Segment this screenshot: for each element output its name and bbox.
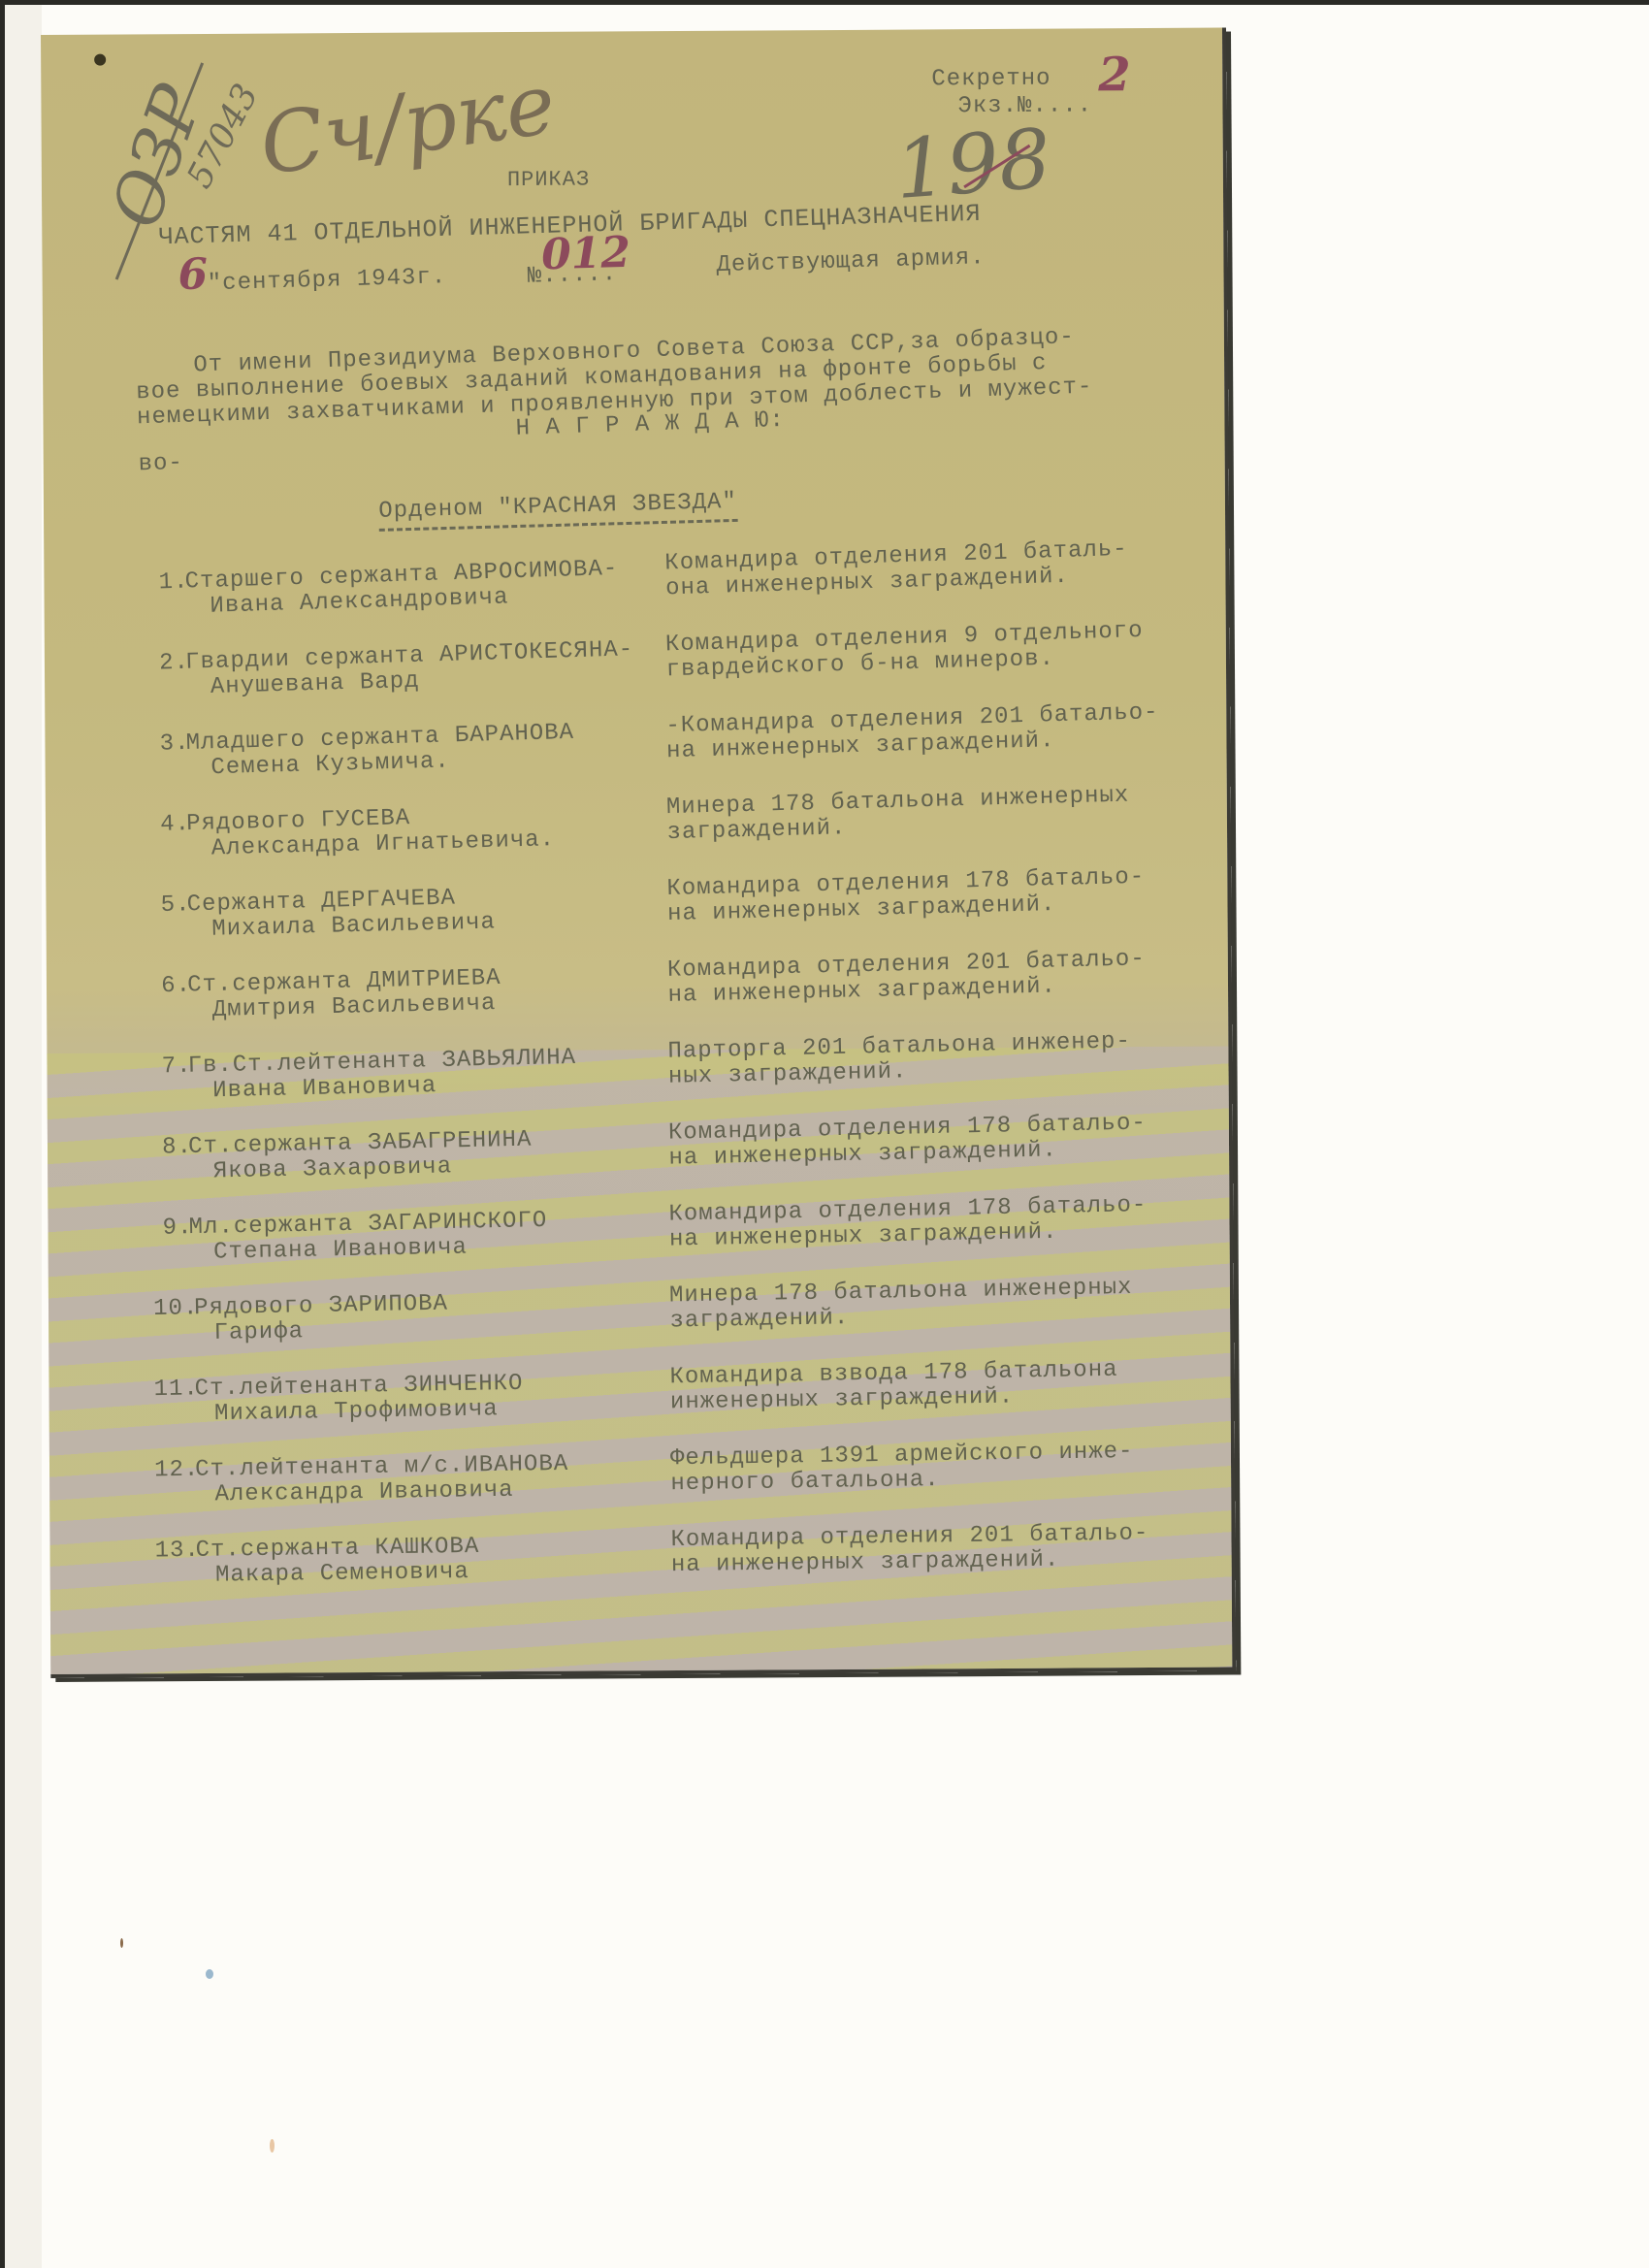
entry-number: 12.: [154, 1457, 200, 1484]
award-entry: 2.Гвардии сержанта АРИСТОКЕСЯНА-Анушеван…: [45, 620, 1208, 654]
award-entry: 12.Ст.лейтенанта м/с.ИВАНОВААлександра И…: [49, 1442, 1213, 1459]
entry-unit: инженерных заграждений.: [670, 1383, 1015, 1415]
award-list: 1.Старшего сержанта АВРОСИМОВА-Ивана Але…: [41, 28, 1222, 35]
award-entry: 6.Ст.сержанта ДМИТРИЕВАДмитрия Васильеви…: [47, 949, 1211, 976]
entry-given-names: Якова Захаровича: [212, 1153, 452, 1184]
entry-unit: заграждений.: [669, 1305, 849, 1334]
hole-punch: [94, 54, 106, 66]
award-entry: 11.Ст.лейтенанта ЗИНЧЕНКОМихаила Трофимо…: [48, 1359, 1212, 1378]
document-sheet: ОЗР 57043 Сч/рке 198 Секретно 2 Экз.№...…: [41, 28, 1236, 1678]
entry-position: Минера 178 батальона инженерных: [669, 1275, 1133, 1310]
award-entry: 4.Рядового ГУСЕВААлександра Игнатьевича.…: [46, 784, 1210, 815]
entry-number: 13.: [154, 1538, 200, 1565]
entry-given-names: Степана Ивановича: [213, 1235, 468, 1266]
location-text: Действующая армия.: [716, 244, 986, 278]
entry-unit: нерного батальона.: [670, 1467, 940, 1497]
award-entry: 10.Рядового ЗАРИПОВАГарифаМинера 178 бат…: [48, 1277, 1212, 1298]
scan-speck: [120, 1938, 123, 1948]
document-title: ПРИКАЗ: [507, 168, 590, 193]
entry-number: 11.: [153, 1376, 199, 1403]
award-entry: 8.Ст.сержанта ЗАБАГРЕНИНАЯкова Захарович…: [48, 1113, 1212, 1137]
entry-given-names: Макара Семеновича: [215, 1559, 469, 1589]
entry-given-names: Гарифа: [213, 1318, 304, 1346]
order-heading: Орденом "КРАСНАЯ ЗВЕЗДА": [378, 489, 737, 532]
entry-given-names: Александра Ивановича: [214, 1477, 513, 1508]
entry-position: Минера 178 батальона инженерных: [666, 783, 1130, 822]
date-text: "сентября 1943г.: [207, 264, 446, 297]
entry-unit: ных заграждений.: [668, 1058, 908, 1089]
scan-speck: [270, 2139, 275, 2153]
award-entry: 9.Мл.сержанта ЗАГАРИНСКОГОСтепана Иванов…: [48, 1195, 1212, 1217]
award-entry: 7.Гв.Ст.лейтенанта ЗАВЬЯЛИНАИвана Иванов…: [47, 1030, 1211, 1056]
order-number-handwritten: 012: [540, 228, 630, 280]
date-day-handwritten: 6: [178, 249, 209, 300]
preamble-line: во-: [138, 450, 183, 477]
scanner-edge-top: [0, 0, 1649, 5]
entry-unit: на инженерных заграждений.: [671, 1547, 1060, 1579]
entry-number: 10.: [153, 1295, 199, 1322]
entry-unit: заграждений.: [666, 815, 846, 846]
award-entry: 3.Младшего сержанта БАРАНОВАСемена Кузьм…: [45, 702, 1209, 734]
classification-label: Секретно: [931, 66, 1051, 93]
award-entry: 1.Старшего сержанта АВРОСИМОВА-Ивана Але…: [44, 537, 1207, 573]
entry-given-names: Ивана Ивановича: [212, 1073, 437, 1104]
award-entry: 13.Ст.сержанта КАШКОВАМакара СеменовичаК…: [49, 1523, 1213, 1539]
scanner-margin: [5, 5, 42, 2268]
entry-given-names: Семена Кузьмича.: [210, 748, 450, 781]
entry-given-names: Дмитрия Васильевича: [211, 990, 496, 1023]
entry-rank-surname: Рядового ЗАРИПОВА: [194, 1291, 448, 1322]
copy-number-handwritten: 2: [1098, 48, 1131, 102]
copy-number-label: Экз.№....: [957, 92, 1092, 119]
entry-given-names: Михаила Трофимовича: [214, 1396, 499, 1427]
award-entry: 5.Сержанта ДЕРГАЧЕВАМихаила ВасильевичаК…: [46, 866, 1210, 895]
entry-given-names: Анушевана Вард: [210, 668, 420, 700]
scan-speck: [206, 1969, 213, 1979]
